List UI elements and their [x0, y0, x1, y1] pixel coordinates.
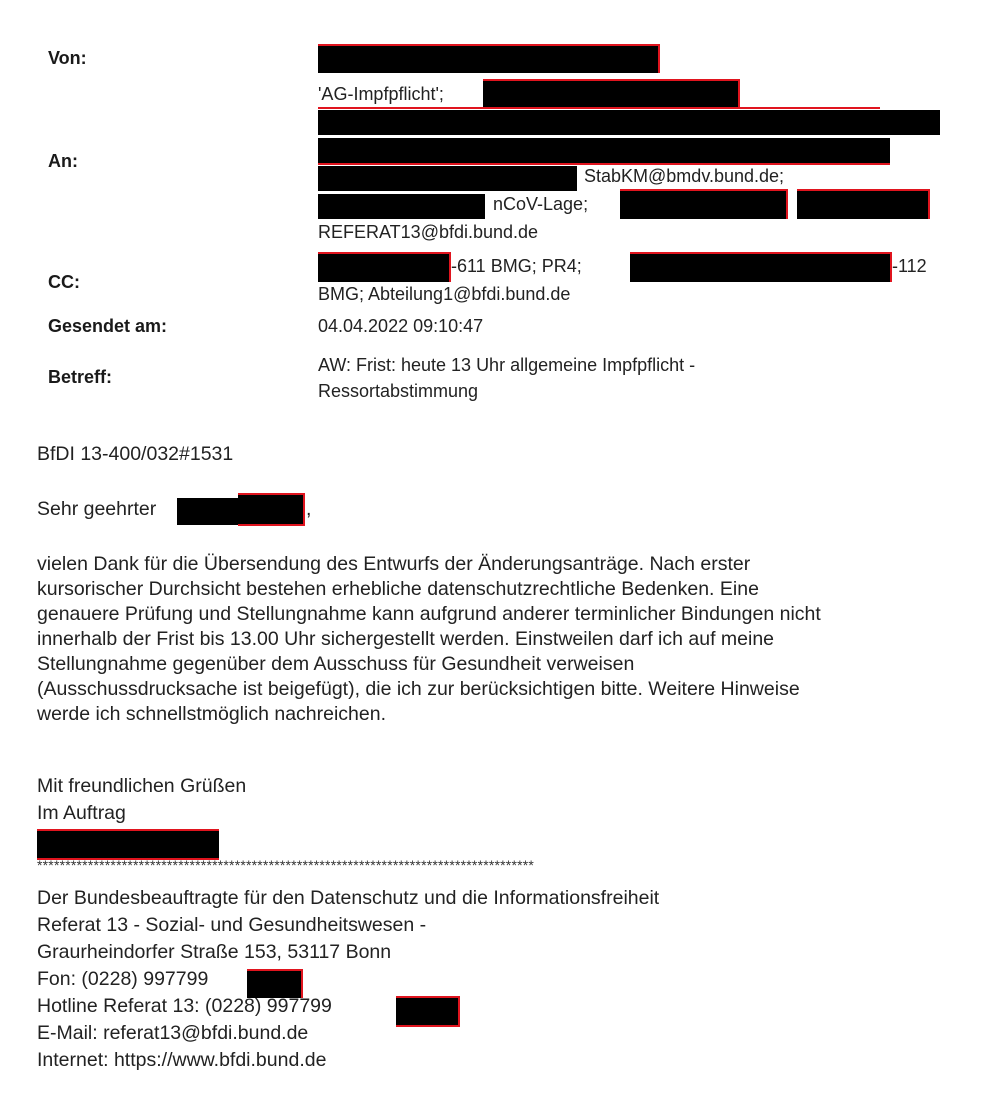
cc-line2-text: BMG; Abteilung1@bfdi.bund.de	[318, 284, 570, 305]
salutation-text: Sehr geehrter	[37, 497, 156, 522]
footer-address: Graurheindorfer Straße 153, 53117 Bonn	[37, 941, 391, 964]
cc-label: CC:	[48, 272, 80, 293]
subject-line2: Ressortabstimmung	[318, 381, 478, 402]
cc-line1-text-b: -112	[892, 256, 927, 277]
cc-line1-text-a: -611 BMG; PR4;	[451, 256, 582, 277]
from-label: Von:	[48, 48, 87, 69]
salutation-comma: ,	[306, 497, 311, 522]
sent-label: Gesendet am:	[48, 316, 167, 337]
hotline-redaction	[396, 996, 460, 1027]
body-line: kursorischer Durchsicht bestehen erhebli…	[37, 577, 977, 602]
body-line: vielen Dank für die Übersendung des Entw…	[37, 552, 977, 577]
cc-redaction-b	[630, 252, 892, 282]
to-line3-marker	[318, 107, 880, 109]
footer-org: Der Bundesbeauftragte für den Datenschut…	[37, 887, 659, 910]
subject-label: Betreff:	[48, 367, 112, 388]
to-line6-text: nCoV-Lage;	[493, 194, 588, 215]
body-line: werde ich schnellstmöglich nachreichen.	[37, 702, 977, 727]
footer-phone: Fon: (0228) 997799	[37, 968, 208, 991]
body-line: (Ausschussdrucksache ist beigefügt), die…	[37, 677, 977, 702]
to-line6-redaction-a	[318, 194, 485, 219]
to-line5-redaction	[318, 166, 577, 191]
to-line6-redaction-b	[620, 189, 788, 219]
footer-internet[interactable]: Internet: https://www.bfdi.bund.de	[37, 1049, 326, 1072]
subject-line1: AW: Frist: heute 13 Uhr allgemeine Impfp…	[318, 355, 695, 376]
closing-line2: Im Auftrag	[37, 801, 126, 826]
from-redaction	[318, 44, 660, 73]
to-line6-redaction-c	[797, 189, 930, 219]
body-paragraph: vielen Dank für die Übersendung des Entw…	[37, 552, 977, 727]
to-line5-text: StabKM@bmdv.bund.de;	[584, 166, 784, 187]
closing-line1: Mit freundlichen Grüßen	[37, 774, 246, 799]
signature-redaction	[37, 829, 219, 860]
to-label: An:	[48, 151, 78, 172]
body-line: genauere Prüfung und Stellungnahme kann …	[37, 602, 977, 627]
footer-email[interactable]: E-Mail: referat13@bfdi.bund.de	[37, 1022, 308, 1045]
to-line4-redaction	[318, 138, 890, 165]
sent-value: 04.04.2022 09:10:47	[318, 316, 483, 337]
footer-department: Referat 13 - Sozial- und Gesundheitswese…	[37, 914, 426, 937]
to-line3-redaction	[318, 110, 940, 135]
body-line: Stellungnahme gegenüber dem Ausschuss fü…	[37, 652, 977, 677]
to-line1-text: 'AG-Impfpflicht';	[318, 84, 444, 105]
to-line1-redaction	[483, 79, 740, 109]
cc-redaction-a	[318, 252, 451, 282]
to-line7-text: REFERAT13@bfdi.bund.de	[318, 222, 538, 243]
separator-line: ****************************************…	[37, 857, 534, 873]
salutation-redaction-b	[238, 493, 305, 526]
phone-redaction	[247, 969, 303, 998]
reference-number: BfDI 13-400/032#1531	[37, 442, 233, 467]
footer-hotline: Hotline Referat 13: (0228) 997799	[37, 995, 332, 1018]
body-line: innerhalb der Frist bis 13.00 Uhr sicher…	[37, 627, 977, 652]
